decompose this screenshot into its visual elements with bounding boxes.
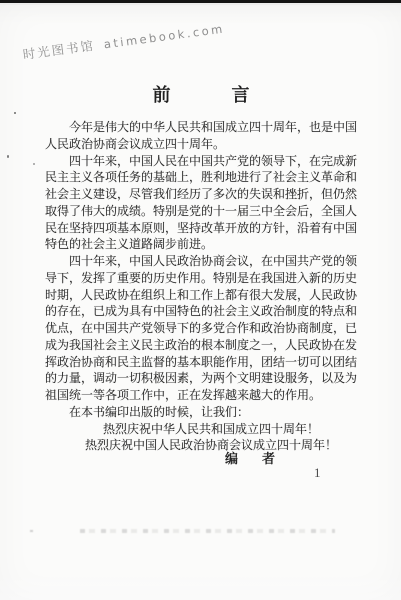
scan-speck (33, 163, 35, 165)
body-line: 四十年来，中国人民政治协商会议，在中国共产党的领 (45, 253, 359, 270)
body-line: 在本书编印出版的时候，让我们： (45, 404, 359, 421)
body-line: 取得了伟大的成绩。特别是党的十一届三中全会后，全国人 (45, 203, 359, 220)
body-line: 的存在，已成为具有中国特色的社会主义政治制度的特点和 (45, 303, 359, 320)
page-title-char-1: 前 (153, 81, 171, 107)
body-line: 挥政治协商和民主监督的基本职能作用，团结一切可以团结 (45, 354, 359, 371)
slogan-line: 热烈庆祝中华人民共和国成立四十周年！ (45, 421, 359, 438)
ink-bleed-dot (30, 530, 33, 532)
page-number: 1 (314, 465, 321, 481)
scanned-book-page: 时光图书馆 atimebook.com 前 言 今年是伟大的中华人民共和国成立四… (0, 0, 401, 600)
page-title-char-2: 言 (232, 81, 250, 107)
body-line: 特色的社会主义道路阔步前进。 (45, 236, 359, 253)
body-line: 成为我国社会主义民主政治的根本制度之一，人民政协在发 (45, 337, 359, 354)
signature-char-2: 者 (262, 448, 275, 467)
scan-speck (7, 155, 9, 158)
scan-top-edge-shadow (0, 3, 401, 5)
body-line: 民主主义各项任务的基础上，胜利地进行了社会主义革命和 (45, 169, 359, 186)
watermark: 时光图书馆 atimebook.com (22, 18, 226, 63)
preface-body: 今年是伟大的中华人民共和国成立四十周年，也是中国 人民政治协商会议成立四十周年。… (45, 119, 359, 454)
page-title-gap (171, 81, 232, 107)
page-title: 前 言 (45, 81, 357, 107)
body-line: 今年是伟大的中华人民共和国成立四十周年，也是中国 (45, 119, 359, 136)
author-signature: 编 者 (225, 448, 275, 467)
body-line: 的力量，调动一切积极因素，为两个文明建设服务，以及为 (45, 370, 359, 387)
slogan-line: 热烈庆祝中国人民政治协商会议成立四十周年！ (45, 437, 359, 454)
watermark-site-url: atimebook.com (103, 22, 226, 52)
scan-speck (14, 112, 16, 114)
ink-bleed-line (80, 529, 335, 533)
body-line: 四十年来，中国人民在中国共产党的领导下，在完成新 (45, 153, 359, 170)
body-line: 时期，人民政协在组织上和工作上都有很大发展，人民政协 (45, 287, 359, 304)
body-line: 民在坚持四项基本原则，坚持改革开放的方针，沿着有中国 (45, 220, 359, 237)
body-line: 优点，在中国共产党领导下的多党合作和政治协商制度，已 (45, 320, 359, 337)
signature-char-1: 编 (225, 448, 238, 467)
body-line: 祖国统一等各项工作中，正在发挥越来越大的作用。 (45, 387, 359, 404)
watermark-library-name: 时光图书馆 (22, 38, 96, 62)
body-line: 人民政治协商会议成立四十周年。 (45, 136, 359, 153)
body-line: 社会主义建设，尽管我们经历了多次的失误和挫折，但仍然 (45, 186, 359, 203)
body-line: 导下，发挥了重要的历史作用。特别是在我国进入新的历史 (45, 270, 359, 287)
